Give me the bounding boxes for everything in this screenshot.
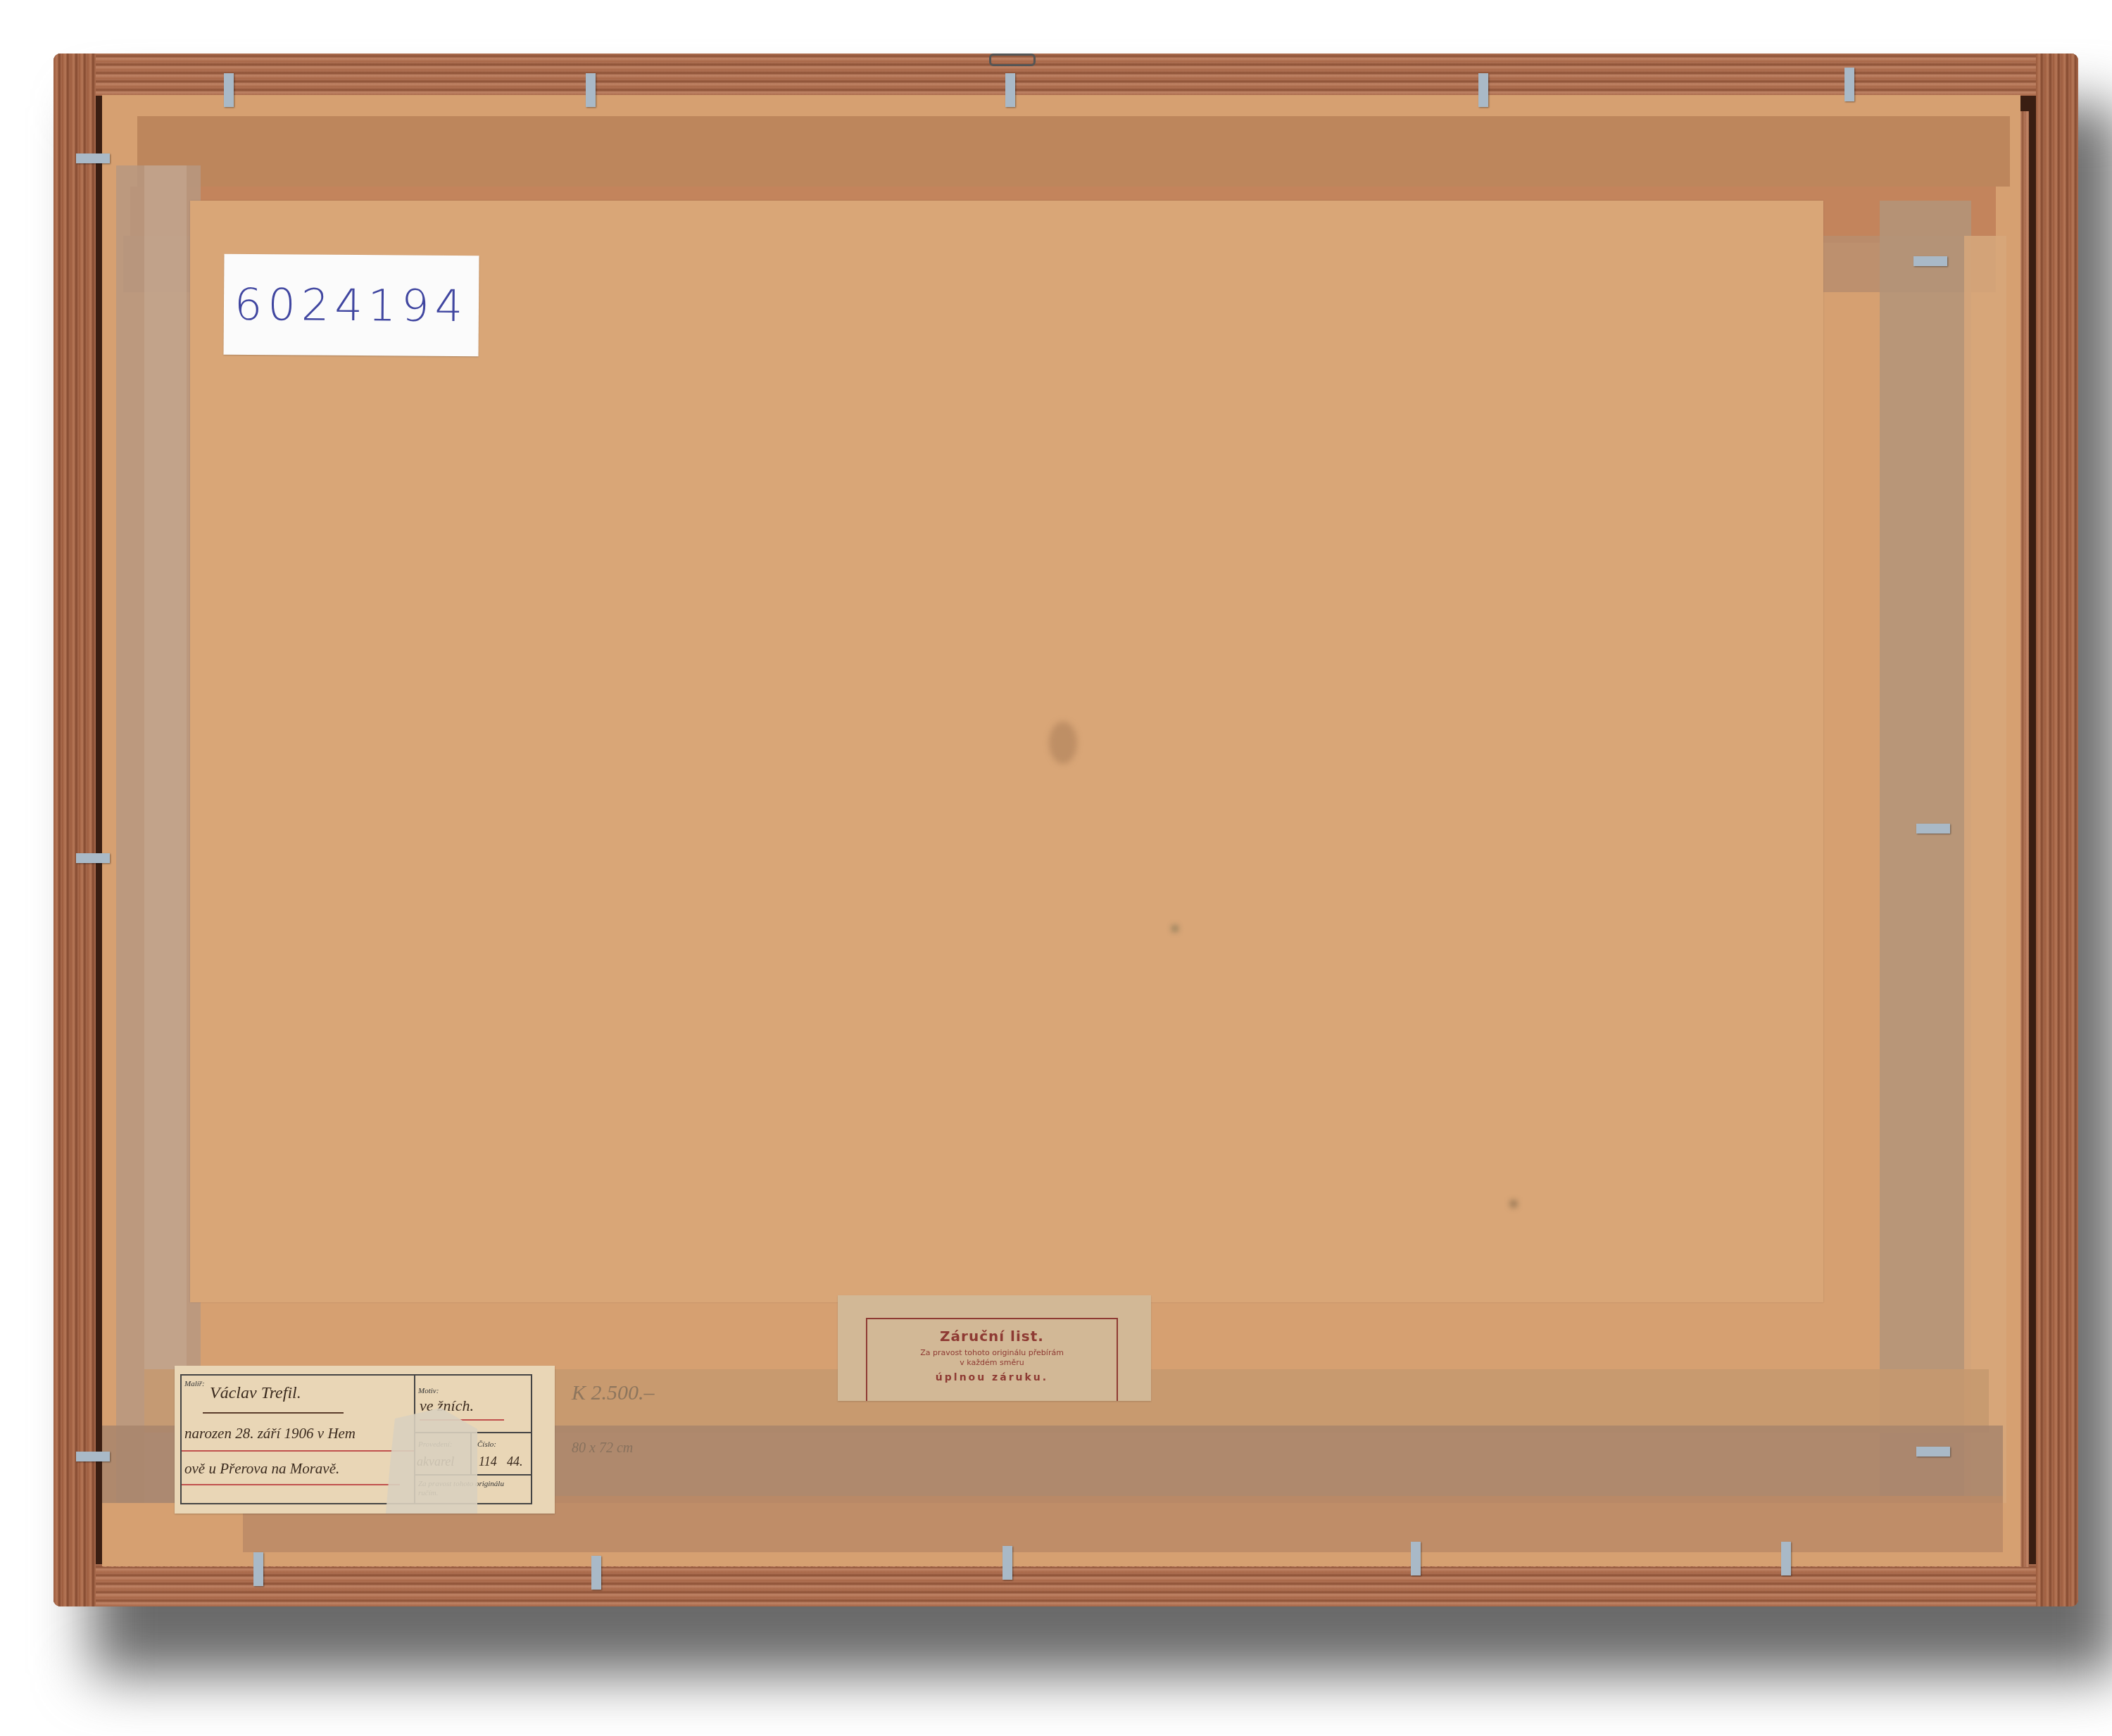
artist-info-column: Malíř: Václav Trefil. narozen 28. září 1…: [182, 1376, 415, 1503]
tape-strip: [1880, 201, 1971, 1503]
tape-strip: [137, 116, 2010, 187]
turn-clip: [224, 73, 234, 107]
artist-label: Malíř: Václav Trefil. narozen 28. září 1…: [175, 1366, 555, 1514]
frame-top-rail: [54, 54, 2078, 96]
warranty-emphasis: úplnou záruku.: [867, 1372, 1117, 1383]
artist-label-grid: Malíř: Václav Trefil. narozen 28. září 1…: [180, 1374, 532, 1504]
turn-clip: [1781, 1542, 1791, 1575]
warranty-text-line: Za pravost tohoto originálu přebírám: [867, 1348, 1117, 1358]
torn-paper-fragment: [386, 1408, 477, 1514]
birthplace-line: ově u Přerova na Moravě.: [184, 1460, 339, 1478]
turn-clip: [1916, 824, 1950, 834]
warranty-label: Záruční list. Za pravost tohoto originál…: [838, 1295, 1151, 1401]
stain-mark: [1510, 1200, 1517, 1207]
underline: [182, 1450, 414, 1452]
inventory-number-label: 6024194: [224, 254, 479, 357]
artist-name: Václav Trefil.: [210, 1384, 301, 1403]
backing-paper: [190, 201, 1823, 1302]
warranty-box: Záruční list. Za pravost tohoto originál…: [866, 1318, 1118, 1401]
frame-left-rail: [54, 54, 96, 1606]
artist-caption: Malíř:: [184, 1380, 205, 1388]
underline: [182, 1484, 400, 1485]
turn-clip: [1005, 73, 1015, 107]
warranty-text-line: v každém směru: [867, 1358, 1117, 1368]
turn-clip: [1916, 1447, 1950, 1457]
turn-clip: [591, 1556, 601, 1590]
underline: [203, 1412, 344, 1414]
tape-strip: [1964, 236, 2006, 1503]
warranty-title: Záruční list.: [867, 1328, 1117, 1345]
hanging-loop: [989, 54, 1036, 66]
birth-line: narozen 28. září 1906 v Hem: [184, 1425, 356, 1442]
stain-mark: [1172, 926, 1178, 931]
motif-caption: Motiv:: [418, 1387, 439, 1395]
turn-clip: [1411, 1542, 1421, 1575]
frame-bottom-rail: [54, 1564, 2078, 1606]
tape-strip: [144, 165, 187, 1503]
turn-clip: [1913, 256, 1947, 266]
turn-clip: [1478, 73, 1488, 107]
turn-clip: [586, 73, 596, 107]
turn-clip: [76, 153, 110, 163]
pencil-price-note: K 2.500.–: [572, 1381, 655, 1405]
turn-clip: [253, 1552, 263, 1586]
pencil-dimensions-note: 80 x 72 cm: [572, 1440, 633, 1457]
turn-clip: [1844, 68, 1854, 101]
turn-clip: [1002, 1546, 1012, 1580]
inventory-number: 6024194: [234, 279, 469, 332]
turn-clip: [76, 853, 110, 863]
turn-clip: [76, 1452, 110, 1461]
frame-right-rail: [2036, 54, 2078, 1606]
stain-mark: [1049, 722, 1077, 764]
number-caption: Číslo:: [477, 1440, 496, 1449]
number-value-1: 114: [479, 1454, 497, 1469]
number-value-2: 44.: [507, 1454, 523, 1469]
